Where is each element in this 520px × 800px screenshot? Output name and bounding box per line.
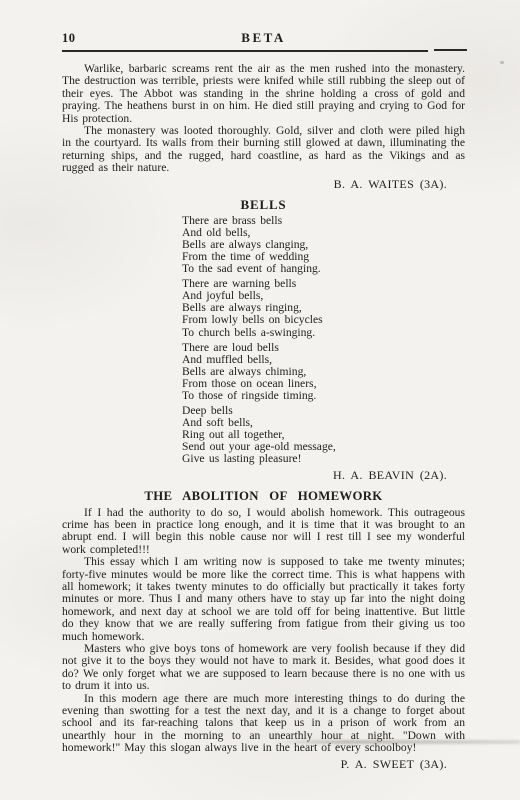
- article-viking-raid: Warlike, barbaric screams rent the air a…: [62, 63, 465, 191]
- magazine-page: 10 BETA Warlike, barbaric screams rent t…: [0, 0, 520, 800]
- poem-stanza: There are brass bells And old bells, Bel…: [182, 215, 465, 275]
- poem-body: There are brass bells And old bells, Bel…: [182, 215, 465, 466]
- page-header: 10 BETA: [62, 0, 465, 46]
- essay-paragraph: If I had the authority to do so, I would…: [62, 507, 465, 557]
- essay-author-signature: P. A. SWEET (3A).: [62, 758, 465, 771]
- poem-line: There are loud bells: [182, 342, 465, 354]
- header-rule: [62, 49, 465, 52]
- poem-stanza: Deep bells And soft bells, Ring out all …: [182, 405, 465, 465]
- essay-homework: THE ABOLITION OF HOMEWORK If I had the a…: [62, 489, 465, 771]
- article-paragraph: Warlike, barbaric screams rent the air a…: [62, 63, 465, 125]
- poem-line: There are brass bells: [182, 215, 465, 227]
- page-content: 10 BETA Warlike, barbaric screams rent t…: [62, 0, 465, 771]
- essay-paragraph: In this modern age there are much more i…: [62, 693, 465, 755]
- essay-paragraph: This essay which I am writing now is sup…: [62, 556, 465, 643]
- poem-line: To church bells a-swinging.: [182, 327, 465, 339]
- header-rule-main: [62, 50, 428, 52]
- poem-line: From lowly bells on bicycles: [182, 314, 465, 326]
- poem-line: And muffled bells,: [182, 354, 465, 366]
- poem-bells: BELLS There are brass bells And old bell…: [62, 197, 465, 482]
- header-title: BETA: [62, 30, 465, 46]
- paper-speck: [500, 61, 504, 64]
- poem-stanza: There are loud bells And muffled bells, …: [182, 342, 465, 402]
- poem-author-signature: H. A. BEAVIN (2A).: [62, 469, 465, 482]
- poem-line: Give us lasting pleasure!: [182, 453, 465, 465]
- article-author-signature: B. A. WAITES (3A).: [62, 178, 465, 191]
- essay-title: THE ABOLITION OF HOMEWORK: [62, 489, 465, 504]
- poem-line: To the sad event of hanging.: [182, 263, 465, 275]
- poem-stanza: There are warning bells And joyful bells…: [182, 278, 465, 338]
- scan-smudge: [272, 740, 520, 744]
- header-rule-end: [434, 49, 467, 51]
- essay-paragraph: Masters who give boys tons of homework a…: [62, 643, 465, 693]
- poem-line: To those of ringside timing.: [182, 390, 465, 402]
- poem-title: BELLS: [62, 197, 465, 213]
- article-paragraph: The monastery was looted thoroughly. Gol…: [62, 125, 465, 175]
